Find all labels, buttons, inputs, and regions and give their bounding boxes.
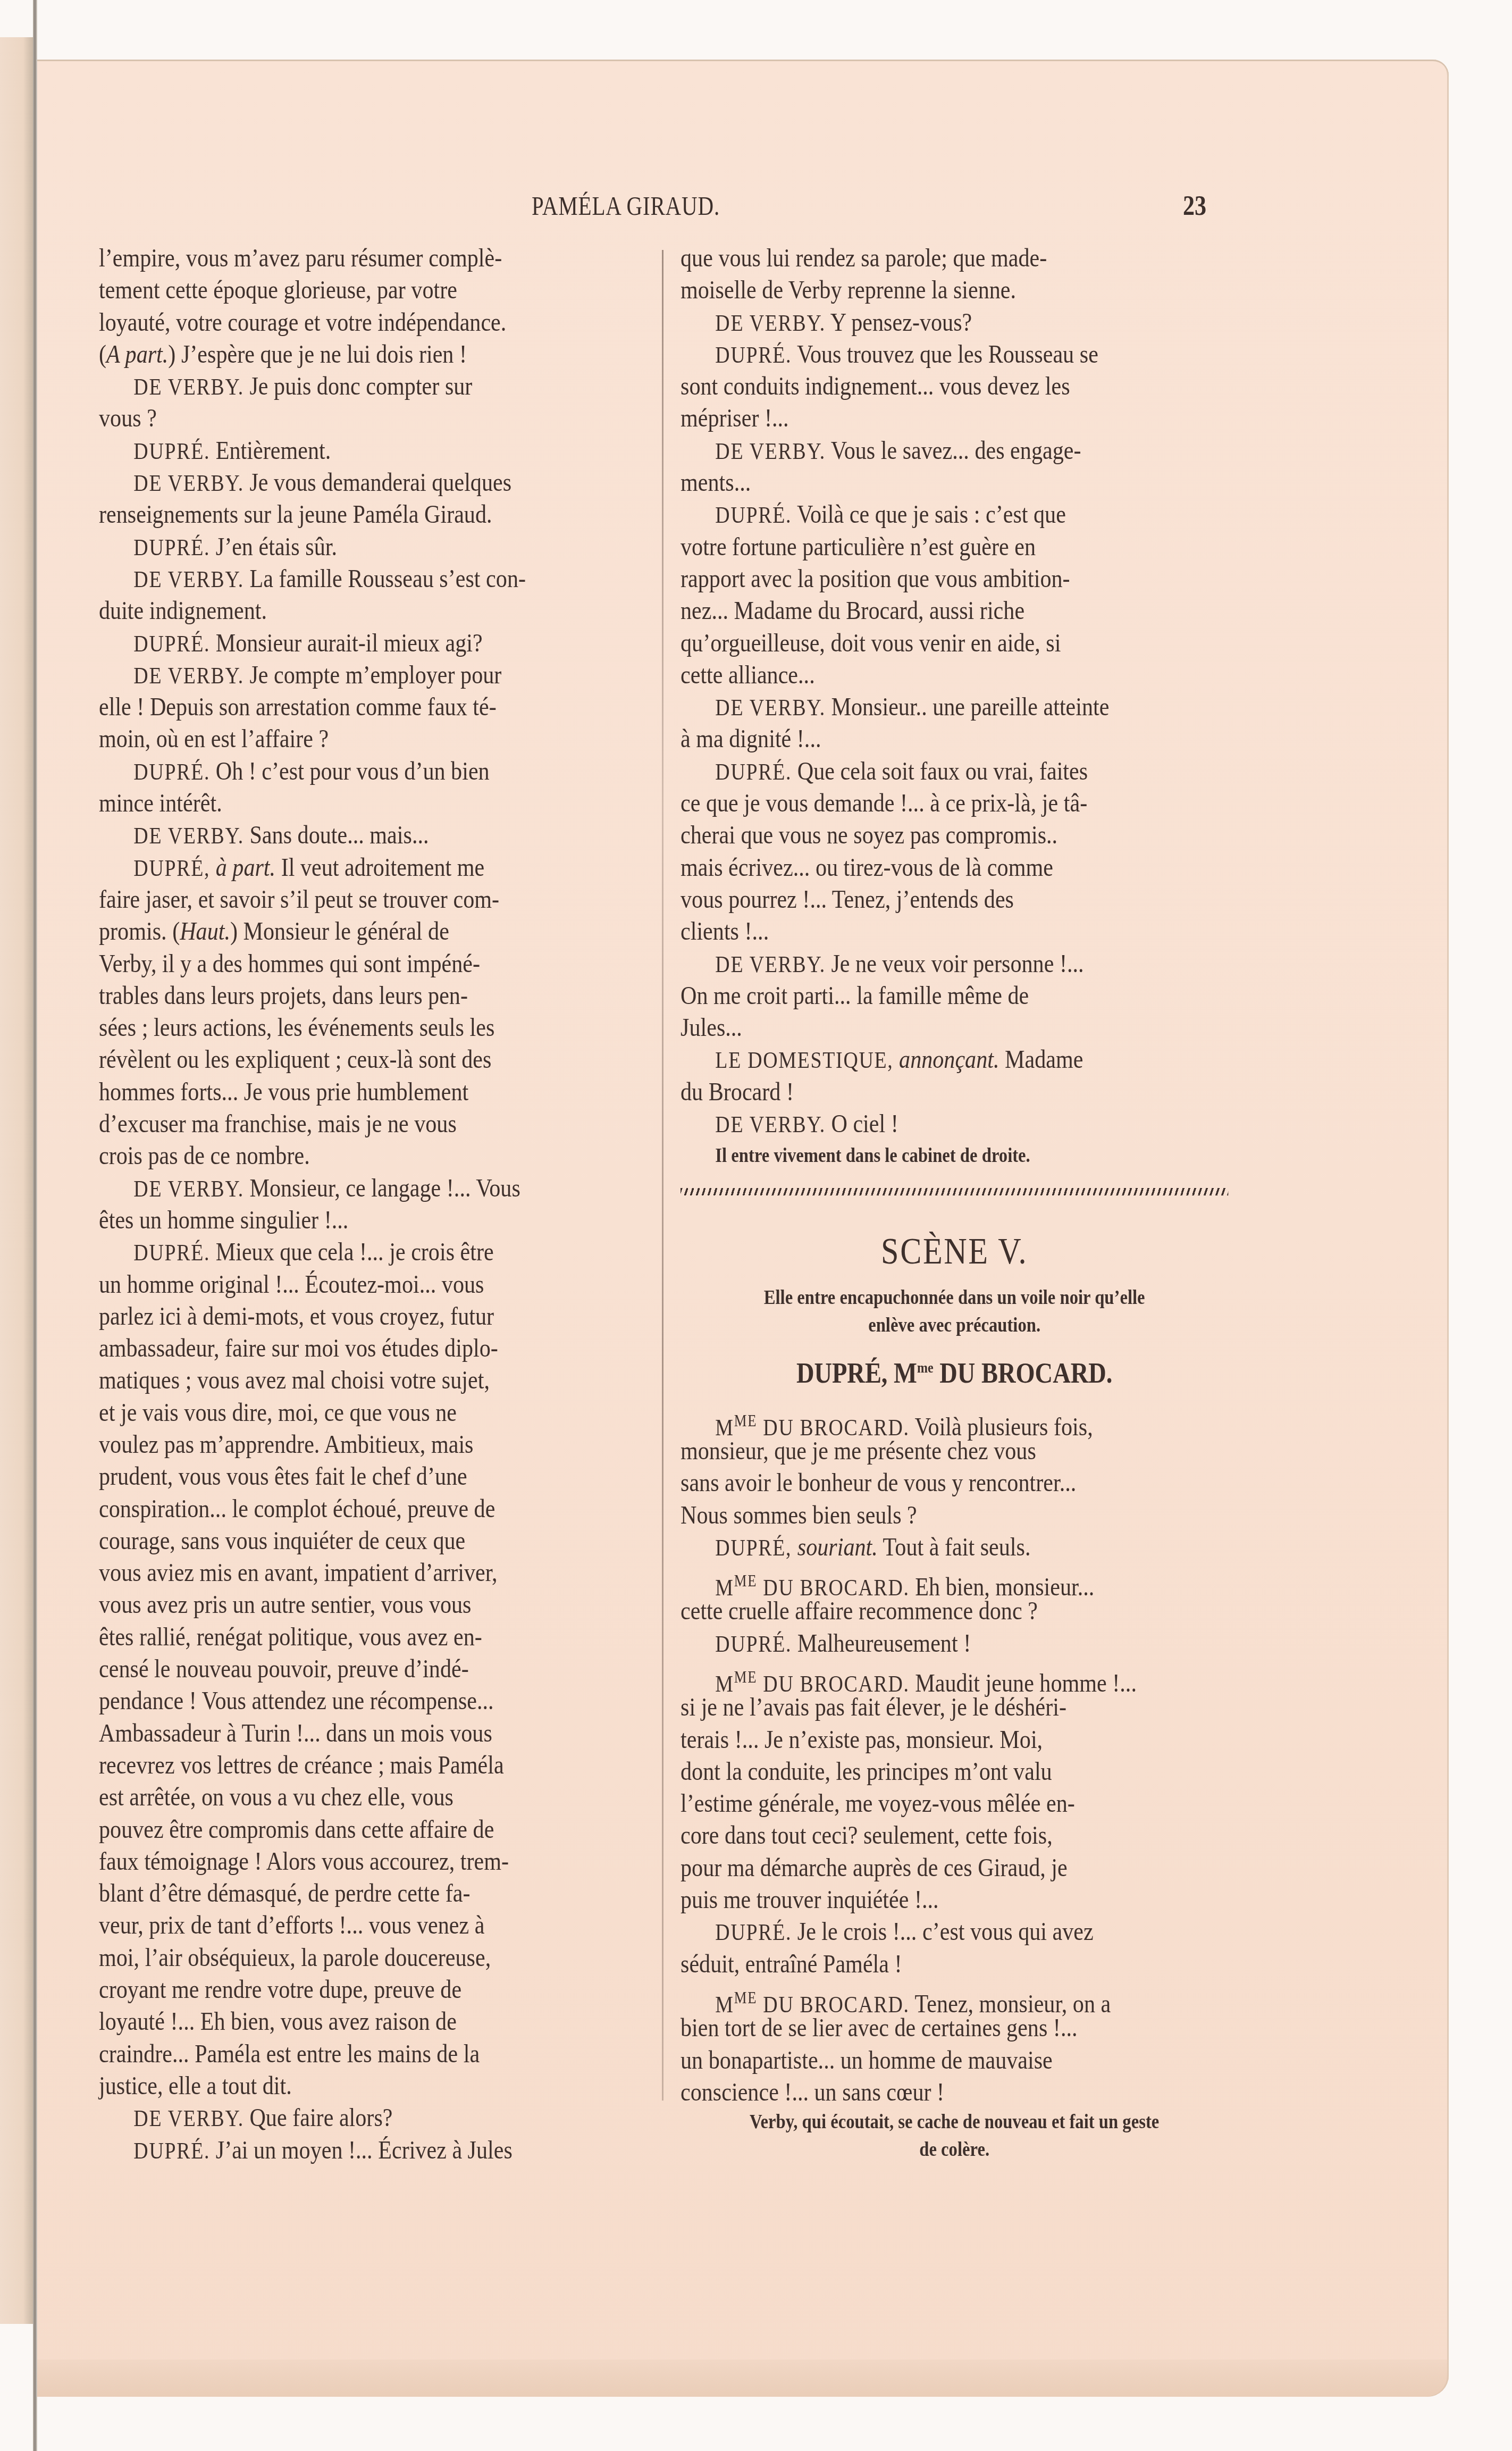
text-line: ce que je vous demande !... à ce prix-là… xyxy=(681,787,1228,819)
speaker-name: DUPRÉ. xyxy=(133,2138,210,2164)
scene-title: SCÈNE V. xyxy=(681,1220,1228,1284)
speaker-name: DUPRÉ. xyxy=(715,1919,792,1945)
text-line: sont conduits indignement... vous devez … xyxy=(681,370,1228,402)
text-line: LE DOMESTIQUE, annonçant. Madame xyxy=(681,1043,1228,1075)
text-line: bien tort de se lier avec de certaines g… xyxy=(681,2012,1228,2044)
text-line: prudent, vous vous êtes fait le chef d’u… xyxy=(99,1460,646,1492)
speaker-name: DUPRÉ. xyxy=(133,631,210,657)
previous-page-edge xyxy=(0,37,33,2324)
speaker-name: DUPRÉ. xyxy=(715,502,792,528)
speaker-name: DE VERBY. xyxy=(133,374,244,400)
text-line: DE VERBY. O ciel ! xyxy=(681,1108,1228,1140)
text-line: DE VERBY. Monsieur, ce langage !... Vous xyxy=(99,1172,646,1204)
text-line: Verby, il y a des hommes qui sont impéné… xyxy=(99,948,646,980)
scene-characters: DUPRÉ, Mme DU BROCARD. xyxy=(681,1339,1228,1392)
left-column-text: l’empire, vous m’avez paru résumer compl… xyxy=(99,242,646,2166)
stage-direction-end-line-2: de colère. xyxy=(681,2136,1228,2163)
dialogue-block-bottom: Mme DU BROCARD. Voilà plusieurs fois,mon… xyxy=(681,1403,1228,2109)
text-line: DUPRÉ. Monsieur aurait-il mieux agi? xyxy=(99,627,646,659)
text-line: mépriser !... xyxy=(681,402,1228,434)
speaker-name: DE VERBY. xyxy=(715,951,826,977)
text-line: cette alliance... xyxy=(681,659,1228,691)
text-line: parlez ici à demi-mots, et vous croyez, … xyxy=(99,1300,646,1332)
running-head: PAMÉLA GIRAUD. 23 xyxy=(0,190,1512,228)
text-line: vous ? xyxy=(99,402,646,434)
text-line: DE VERBY. Monsieur.. une pareille attein… xyxy=(681,691,1228,723)
text-line: Mme DU BROCARD. Tenez, monsieur, on a xyxy=(681,1980,1228,2012)
text-line: moi, l’air obséquieux, la parole doucere… xyxy=(99,1942,646,1973)
text-line: Mme DU BROCARD. Voilà plusieurs fois, xyxy=(681,1403,1228,1435)
text-line: Ambassadeur à Turin !... dans un mois vo… xyxy=(99,1717,646,1749)
text-line: que vous lui rendez sa parole; que made- xyxy=(681,242,1228,274)
text-line: DE VERBY. Vous le savez... des engage- xyxy=(681,434,1228,466)
text-line: loyauté !... Eh bien, vous avez raison d… xyxy=(99,2005,646,2037)
speaker-name: DE VERBY. xyxy=(133,663,244,689)
text-line: courage, sans vous inquiéter de ceux que xyxy=(99,1525,646,1557)
text-line: Mme DU BROCARD. Eh bien, monsieur... xyxy=(681,1563,1228,1595)
text-line: recevrez vos lettres de créance ; mais P… xyxy=(99,1749,646,1781)
scene-direction-line-1: Elle entre encapuchonnée dans un voile n… xyxy=(681,1284,1228,1311)
text-line: pendance ! Vous attendez une récompense.… xyxy=(99,1685,646,1717)
text-line: nez... Madame du Brocard, aussi riche xyxy=(681,595,1228,626)
text-line: (A part.) J’espère que je ne lui dois ri… xyxy=(99,338,646,370)
text-line: DE VERBY. Sans doute... mais... xyxy=(99,819,646,851)
text-line: puis me trouver inquiétée !... xyxy=(681,1884,1228,1915)
speaker-name: LE DOMESTIQUE, xyxy=(715,1047,893,1073)
book-gutter xyxy=(33,0,37,2451)
dialogue-block-top: que vous lui rendez sa parole; que made-… xyxy=(681,242,1228,1140)
text-line: faire jaser, et savoir s’il peut se trou… xyxy=(99,883,646,915)
text-line: cherai que vous ne soyez pas compromis.. xyxy=(681,819,1228,851)
text-line: DUPRÉ. J’ai un moyen !... Écrivez à Jule… xyxy=(99,2134,646,2166)
speaker-name: DE VERBY. xyxy=(133,823,244,849)
text-line: matiques ; vous avez mal choisi votre su… xyxy=(99,1364,646,1396)
text-line: DE VERBY. Y pensez-vous? xyxy=(681,306,1228,338)
speaker-name: DE VERBY. xyxy=(715,438,826,464)
speaker-name: DUPRÉ. xyxy=(715,342,792,368)
speaker-name: DUPRÉ. xyxy=(133,1240,210,1266)
column-divider xyxy=(662,250,663,2101)
text-line: moin, où en est l’affaire ? xyxy=(99,723,646,755)
text-line: votre fortune particulière n’est guère e… xyxy=(681,531,1228,563)
text-line: sées ; leurs actions, les événements seu… xyxy=(99,1011,646,1043)
speaker-name: DUPRÉ, xyxy=(133,855,210,881)
text-line: DUPRÉ, à part. Il veut adroitement me xyxy=(99,851,646,883)
stage-direction-exit: Il entre vivement dans le cabinet de dro… xyxy=(681,1140,1228,1172)
text-line: d’excuser ma franchise, mais je ne vous xyxy=(99,1108,646,1140)
text-line: un bonapartiste... un homme de mauvaise xyxy=(681,2044,1228,2076)
page-number: 23 xyxy=(1183,190,1206,222)
text-line: l’estime générale, me voyez-vous mêlée e… xyxy=(681,1787,1228,1819)
speaker-name: DE VERBY. xyxy=(715,310,826,336)
text-line: Nous sommes bien seuls ? xyxy=(681,1499,1228,1531)
speaker-name: DUPRÉ. xyxy=(133,759,210,785)
text-line: craindre... Paméla est entre les mains d… xyxy=(99,2038,646,2070)
text-line: vous pourrez !... Tenez, j’entends des xyxy=(681,883,1228,915)
stage-aside: à part. xyxy=(216,852,275,882)
text-line: si je ne l’avais pas fait élever, je le … xyxy=(681,1691,1228,1723)
text-line: vous aviez mis en avant, impatient d’arr… xyxy=(99,1557,646,1588)
text-line: mais écrivez... ou tirez-vous de là comm… xyxy=(681,851,1228,883)
text-line: rapport avec la position que vous ambiti… xyxy=(681,563,1228,595)
speaker-name: DE VERBY. xyxy=(133,470,244,496)
text-line: dont la conduite, les principes m’ont va… xyxy=(681,1755,1228,1787)
text-line: clients !... xyxy=(681,915,1228,947)
speaker-name: DE VERBY. xyxy=(133,566,244,592)
text-line: DUPRÉ. Voilà ce que je sais : c’est que xyxy=(681,498,1228,530)
text-line: cette cruelle affaire recommence donc ? xyxy=(681,1595,1228,1627)
text-line: On me croit parti... la famille même de xyxy=(681,980,1228,1011)
text-line: faux témoignage ! Alors vous accourez, t… xyxy=(99,1845,646,1877)
scene-separator-rule xyxy=(681,1172,1228,1220)
text-line: DUPRÉ. Entièrement. xyxy=(99,434,646,466)
text-line: êtes rallié, renégat politique, vous ave… xyxy=(99,1621,646,1653)
text-line: séduit, entraîné Paméla ! xyxy=(681,1948,1228,1980)
text-line: trables dans leurs projets, dans leurs p… xyxy=(99,980,646,1011)
text-line: DE VERBY. Je puis donc compter sur xyxy=(99,370,646,402)
speaker-name: DUPRÉ. xyxy=(715,1631,792,1657)
running-title: PAMÉLA GIRAUD. xyxy=(532,190,720,221)
text-line: êtes un homme singulier !... xyxy=(99,1204,646,1236)
text-line: à ma dignité !... xyxy=(681,723,1228,755)
text-line: censé le nouveau pouvoir, preuve d’indé- xyxy=(99,1653,646,1685)
speaker-name: DE VERBY. xyxy=(133,2105,244,2131)
text-line: l’empire, vous m’avez paru résumer compl… xyxy=(99,242,646,274)
text-line: DE VERBY. Je ne veux voir personne !... xyxy=(681,948,1228,980)
text-line: est arrêtée, on vous a vu chez elle, vou… xyxy=(99,1781,646,1813)
text-line: DE VERBY. Je compte m’employer pour xyxy=(99,659,646,691)
text-line: pour ma démarche auprès de ces Giraud, j… xyxy=(681,1852,1228,1884)
left-column: l’empire, vous m’avez paru résumer compl… xyxy=(99,242,646,2166)
text-line: tement cette époque glorieuse, par votre xyxy=(99,274,646,306)
text-line: crois pas de ce nombre. xyxy=(99,1140,646,1172)
stage-aside: A part. xyxy=(106,339,168,369)
text-line: DUPRÉ. Mieux que cela !... je crois être xyxy=(99,1236,646,1268)
text-line: un homme original !... Écoutez-moi... vo… xyxy=(99,1268,646,1300)
text-line: core dans tout ceci? seulement, cette fo… xyxy=(681,1819,1228,1851)
text-line: voulez pas m’apprendre. Ambitieux, mais xyxy=(99,1428,646,1460)
text-line: justice, elle a tout dit. xyxy=(99,2070,646,2102)
text-line: DUPRÉ. Vous trouvez que les Rousseau se xyxy=(681,338,1228,370)
text-line: Mme DU BROCARD. Maudit jeune homme !... xyxy=(681,1659,1228,1691)
stage-direction-end-line-1: Verby, qui écoutait, se cache de nouveau… xyxy=(681,2108,1228,2136)
text-line: mince intérêt. xyxy=(99,787,646,819)
speaker-name: DE VERBY. xyxy=(133,1176,244,1202)
text-line: sans avoir le bonheur de vous y rencontr… xyxy=(681,1467,1228,1499)
text-line: DUPRÉ. Que cela soit faux ou vrai, faite… xyxy=(681,755,1228,787)
text-line: ambassadeur, faire sur moi vos études di… xyxy=(99,1332,646,1364)
text-line: duite indignement. xyxy=(99,595,646,626)
text-line: ments... xyxy=(681,466,1228,498)
text-line: DE VERBY. Que faire alors? xyxy=(99,2102,646,2134)
stage-aside: Haut. xyxy=(180,916,230,946)
right-column: que vous lui rendez sa parole; que made-… xyxy=(681,242,1228,2163)
text-line: conspiration... le complot échoué, preuv… xyxy=(99,1493,646,1525)
text-line: conscience !... un sans cœur ! xyxy=(681,2076,1228,2108)
text-line: pouvez être compromis dans cette affaire… xyxy=(99,1813,646,1845)
text-line: terais !... Je n’existe pas, monsieur. M… xyxy=(681,1724,1228,1755)
speaker-name: DE VERBY. xyxy=(715,1111,826,1137)
text-line: DUPRÉ. Oh ! c’est pour vous d’un bien xyxy=(99,755,646,787)
text-line: qu’orgueilleuse, doit vous venir en aide… xyxy=(681,627,1228,659)
text-line: révèlent ou les expliquent ; ceux-là son… xyxy=(99,1043,646,1075)
stage-aside: annonçant. xyxy=(899,1044,999,1074)
text-line: DUPRÉ. Je le crois !... c’est vous qui a… xyxy=(681,1915,1228,1947)
speaker-name: DE VERBY. xyxy=(715,695,826,721)
speaker-name: DUPRÉ, xyxy=(715,1535,792,1561)
text-line: DUPRÉ. J’en étais sûr. xyxy=(99,531,646,563)
text-line: elle ! Depuis son arrestation comme faux… xyxy=(99,691,646,723)
text-line: renseignements sur la jeune Paméla Girau… xyxy=(99,498,646,530)
text-line: DE VERBY. Je vous demanderai quelques xyxy=(99,466,646,498)
text-line: DUPRÉ. Malheureusement ! xyxy=(681,1627,1228,1659)
speaker-name: DUPRÉ. xyxy=(133,438,210,464)
text-line: DUPRÉ, souriant. Tout à fait seuls. xyxy=(681,1531,1228,1563)
stage-aside: souriant. xyxy=(797,1532,878,1561)
text-line: moiselle de Verby reprenne la sienne. xyxy=(681,274,1228,306)
text-line: blant d’être démasqué, de perdre cette f… xyxy=(99,1877,646,1909)
text-line: du Brocard ! xyxy=(681,1076,1228,1108)
text-line: DE VERBY. La famille Rousseau s’est con- xyxy=(99,563,646,595)
speaker-name: DUPRÉ. xyxy=(133,534,210,561)
text-line: veur, prix de tant d’efforts !... vous v… xyxy=(99,1909,646,1941)
speaker-name: DUPRÉ. xyxy=(715,759,792,785)
text-line: hommes forts... Je vous prie humblement xyxy=(99,1076,646,1108)
text-line: et je vais vous dire, moi, ce que vous n… xyxy=(99,1396,646,1428)
right-column-text: que vous lui rendez sa parole; que made-… xyxy=(681,242,1228,2163)
text-line: promis. (Haut.) Monsieur le général de xyxy=(99,915,646,947)
text-line: vous avez pris un autre sentier, vous vo… xyxy=(99,1588,646,1620)
text-line: loyauté, votre courage et votre indépend… xyxy=(99,306,646,338)
text-line: Jules... xyxy=(681,1011,1228,1043)
scene-direction-line-2: enlève avec précaution. xyxy=(681,1311,1228,1339)
text-line: monsieur, que je me présente chez vous xyxy=(681,1435,1228,1467)
text-line: croyant me rendre votre dupe, preuve de xyxy=(99,1973,646,2005)
